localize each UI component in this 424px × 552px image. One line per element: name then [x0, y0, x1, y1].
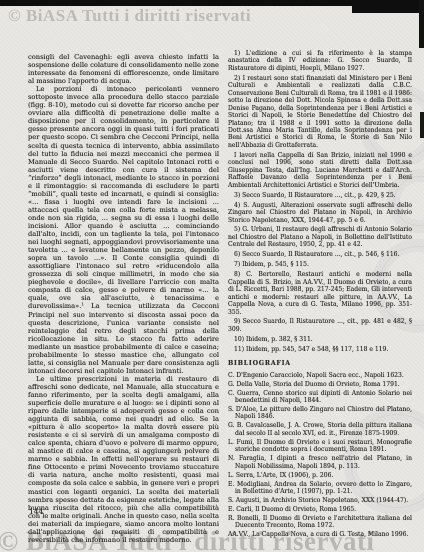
- footnote: 8) C. Bertorello, Restauri antichi e mod…: [228, 271, 412, 316]
- bibliography-entry: S. D'Aloe, Le pitture dello Zingaro nel …: [228, 406, 412, 421]
- footnote: 5) G. Urbani, Il restauro degli affresch…: [228, 226, 412, 248]
- scan-border-right: [419, 0, 424, 48]
- bibliography-entry: G. B. Cavalcaselle, J. A. Crowe, Storia …: [228, 422, 412, 437]
- bibliography-entry: L. Serra, L'Arte, IX (1906), p. 206.: [228, 472, 412, 479]
- copyright-watermark-top: © BiASA Tutti i diritti riservati: [8, 6, 251, 26]
- right-text-column: 1) L'edizione a cui si fa riferimento è …: [228, 50, 412, 540]
- page-number: 144: [29, 507, 43, 516]
- footnote: 4) S. Augusti, Alterazioni osservate sug…: [228, 202, 412, 224]
- bibliography-entry: G. Della Valle, Storia del Duomo di Orvi…: [228, 381, 412, 388]
- footnote: I lavori nella Cappella di San Brizio, i…: [228, 152, 412, 189]
- footnote: 2) I restauri sono stati finanziati dal …: [228, 75, 412, 150]
- scan-border-top-right: [352, 0, 424, 13]
- paragraph: Le porzioni di intonaco pericolanti venn…: [28, 85, 219, 375]
- scanned-book-page: © BiASA Tutti i diritti riservati © BiAS…: [0, 0, 424, 552]
- bibliography-entry: R. Bonelli, Il Duomo di Orvieto e l'arch…: [228, 515, 412, 530]
- bibliography-entry: C. Guerra, Cenno storico sui dipinti di …: [228, 390, 412, 405]
- footnote: 10) Ibidem, p. 382, § 311.: [228, 336, 412, 343]
- bibliography-entry: AA.VV., La Cappella Nova, a cura di G. T…: [228, 531, 412, 538]
- footnote: 7) Ibidem, p. 545, § 115.: [228, 261, 412, 268]
- bibliography-entry: E. Carli, Il Duomo di Orvieto, Roma 1965…: [228, 506, 412, 513]
- bibliography-entry: N. Faraglia, I dipinti a fresco nell'atr…: [228, 455, 412, 470]
- footnote: 11) Ibidem, pp. 545, 547 e 548, §§ 117, …: [228, 346, 412, 353]
- bibliography-entry: S. Augusti, in Archivio Storico Napoleta…: [228, 497, 412, 504]
- footnote: 6) Secco Suardo, Il Ristauratore ..., ci…: [228, 251, 412, 258]
- left-text-column: consigli del Cavenaghi: egli aveva chies…: [28, 53, 219, 544]
- footnote: 3) Secco Suardo, Il Ristauratore ..., ci…: [228, 192, 412, 199]
- footnote: 9) Secco Suardo, Il Ristauratore ..., ci…: [228, 318, 412, 333]
- bibliography-entry: L. Fumi, Il Duomo di Orvieto e i suoi re…: [228, 439, 412, 454]
- paragraph: consigli del Cavenaghi: egli aveva chies…: [28, 53, 219, 85]
- bibliography-entry: E. Modigliani, Andrea da Solario, ovvero…: [228, 481, 412, 496]
- bibliography-entry: C. D'Engenio Caracciolo, Napoli Sacra ec…: [228, 372, 412, 379]
- paragraph: Le ultime prescrizioni in materia di res…: [28, 375, 219, 544]
- bibliography-heading: BIBLIOGRAFIA: [228, 360, 412, 367]
- footnote: 1) L'edizione a cui si fa riferimento è …: [228, 50, 412, 72]
